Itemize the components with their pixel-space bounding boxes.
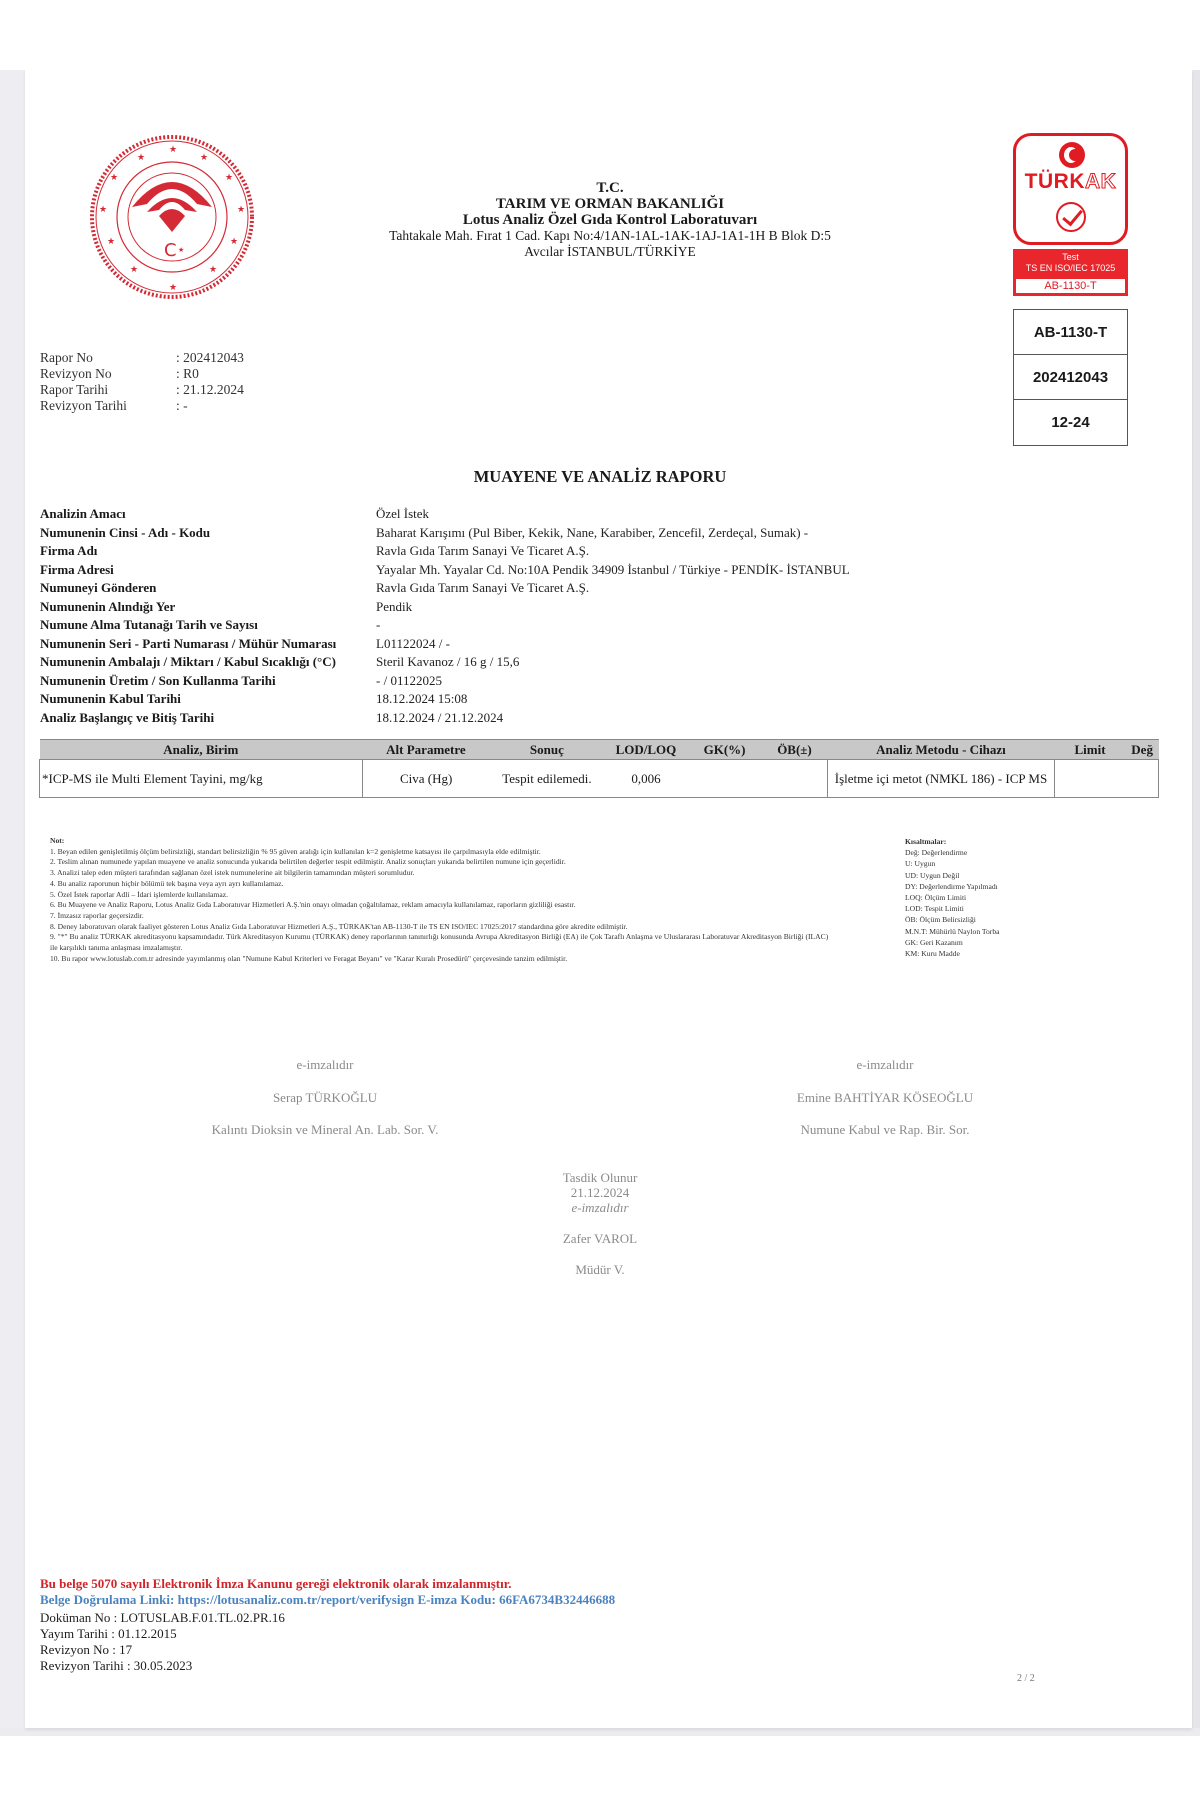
analysis-table: Analiz, BirimAlt ParametreSonuçLOD/LOQGK… <box>39 739 1159 798</box>
info-row: Firma AdresiYayalar Mh. Yayalar Cd. No:1… <box>40 561 850 580</box>
note-item: 5. Özel İstek raporlar Adli – İdari işle… <box>50 890 830 901</box>
ministry-seal-icon: ★★★ ★★★ ★★★ ★★★ C ★ <box>85 132 260 302</box>
info-label: Numuneyi Gönderen <box>40 579 376 598</box>
table-cell <box>1054 760 1125 798</box>
abbreviation-item: U: Uygun <box>905 858 1000 869</box>
approver-name: Zafer VAROL <box>500 1231 700 1246</box>
signature-status: e-imzalıdır <box>160 1057 490 1090</box>
column-header: Analiz Metodu - Cihazı <box>828 740 1055 760</box>
checkmark-icon <box>1056 202 1086 232</box>
svg-text:★: ★ <box>130 264 138 274</box>
note-item: 8. Deney laboratuvarı olarak faaliyet gö… <box>50 922 830 933</box>
table-header-row: Analiz, BirimAlt ParametreSonuçLOD/LOQGK… <box>40 740 1159 760</box>
abbreviation-item: M.N.T: Mühürlü Naylon Torba <box>905 926 1000 937</box>
sample-info: Analizin AmacıÖzel İstekNumunenin Cinsi … <box>40 505 850 727</box>
approval-date: 21.12.2024 <box>500 1185 700 1200</box>
revision-number: Revizyon No : 17 <box>40 1642 615 1658</box>
table-cell <box>1126 760 1159 798</box>
table-cell: 0,006 <box>604 760 688 798</box>
info-row: Numunenin Ambalajı / Miktarı / Kabul Sıc… <box>40 653 850 672</box>
meta-row: Revizyon Tarihi: - <box>40 398 244 414</box>
column-header: GK(%) <box>688 740 762 760</box>
info-value: Pendik <box>376 598 412 617</box>
svg-text:★: ★ <box>169 282 177 292</box>
notes-title: Not: <box>50 836 830 847</box>
column-header: Limit <box>1054 740 1125 760</box>
tc-heading: T.C. <box>370 180 850 196</box>
abbreviation-item: GK: Geri Kazanım <box>905 937 1000 948</box>
info-row: Numunenin Seri - Parti Numarası / Mühür … <box>40 635 850 654</box>
info-label: Numunenin Kabul Tarihi <box>40 690 376 709</box>
info-label: Analizin Amacı <box>40 505 376 524</box>
approver-role: Müdür V. <box>500 1262 700 1277</box>
lab-name: Lotus Analiz Özel Gıda Kontrol Laboratuv… <box>370 212 850 228</box>
info-label: Firma Adı <box>40 542 376 561</box>
info-row: Numunenin Alındığı YerPendik <box>40 598 850 617</box>
abbreviation-item: DY: Değerlendirme Yapılmadı <box>905 881 1000 892</box>
svg-text:★: ★ <box>200 152 208 162</box>
info-label: Analiz Başlangıç ve Bitiş Tarihi <box>40 709 376 728</box>
column-header: Değ <box>1126 740 1159 760</box>
info-value: 18.12.2024 / 21.12.2024 <box>376 709 503 728</box>
signature-left: e-imzalıdır Serap TÜRKOĞLU Kalıntı Dioks… <box>160 1057 490 1155</box>
info-value: 18.12.2024 15:08 <box>376 690 467 709</box>
signatory-role: Kalıntı Dioksin ve Mineral An. Lab. Sor.… <box>160 1122 490 1155</box>
note-item: 1. Beyan edilen genişletilmiş ölçüm beli… <box>50 847 830 858</box>
info-value: Steril Kavanoz / 16 g / 15,6 <box>376 653 519 672</box>
abbreviations: Kısaltmalar: Değ: DeğerlendirmeU: UygunU… <box>905 836 1000 959</box>
svg-text:★: ★ <box>237 204 245 214</box>
note-item: 3. Analizi talep eden müşteri tarafından… <box>50 868 830 879</box>
svg-text:★: ★ <box>110 172 118 182</box>
turkak-logo: TÜRKAK <box>1013 133 1128 245</box>
report-code-box: AB-1130-T 202412043 12-24 <box>1013 309 1128 446</box>
code-box-period: 12-24 <box>1014 400 1127 445</box>
svg-text:★: ★ <box>178 246 184 254</box>
info-row: Numunenin Kabul Tarihi18.12.2024 15:08 <box>40 690 850 709</box>
abbreviation-item: Değ: Değerlendirme <box>905 847 1000 858</box>
column-header: Sonuç <box>490 740 604 760</box>
signatory-name: Serap TÜRKOĞLU <box>160 1090 490 1123</box>
approval-label: Tasdik Olunur <box>500 1170 700 1185</box>
svg-text:C: C <box>164 240 177 261</box>
table-cell <box>761 760 827 798</box>
info-row: Analizin AmacıÖzel İstek <box>40 505 850 524</box>
svg-text:★: ★ <box>225 172 233 182</box>
svg-text:★: ★ <box>230 236 238 246</box>
meta-row: Revizyon No: R0 <box>40 366 244 382</box>
lab-address-line1: Tahtakale Mah. Fırat 1 Cad. Kapı No:4/1A… <box>370 228 850 244</box>
crescent-star-icon <box>1059 142 1085 168</box>
abbreviation-item: KM: Kuru Madde <box>905 948 1000 959</box>
info-row: Numuneyi GönderenRavla Gıda Tarım Sanayi… <box>40 579 850 598</box>
abbreviation-item: LOD: Tespit Limiti <box>905 903 1000 914</box>
table-cell: İşletme içi metot (NMKL 186) - ICP MS <box>828 760 1055 798</box>
note-item: 10. Bu rapor www.lotuslab.com.tr adresin… <box>50 954 830 965</box>
svg-text:★: ★ <box>169 144 177 154</box>
revision-date: Revizyon Tarihi : 30.05.2023 <box>40 1658 615 1674</box>
viewer-frame-bottom <box>0 1728 1200 1736</box>
table-cell <box>688 760 762 798</box>
info-label: Numune Alma Tutanağı Tarih ve Sayısı <box>40 616 376 635</box>
meta-row: Rapor No: 202412043 <box>40 350 244 366</box>
info-value: - <box>376 616 380 635</box>
accreditation-code: AB-1130-T <box>1016 279 1125 293</box>
accreditation-badge: Test TS EN ISO/IEC 17025 AB-1130-T <box>1013 249 1128 296</box>
svg-text:★: ★ <box>99 204 107 214</box>
info-label: Numunenin Cinsi - Adı - Kodu <box>40 524 376 543</box>
note-item: 9. "*" Bu analiz TÜRKAK akreditasyonu ka… <box>50 932 830 953</box>
info-value: L01122024 / - <box>376 635 450 654</box>
note-item: 7. İmzasız raporlar geçersizdir. <box>50 911 830 922</box>
signatory-name: Emine BAHTİYAR KÖSEOĞLU <box>720 1090 1050 1123</box>
notes: Not: 1. Beyan edilen genişletilmiş ölçüm… <box>50 836 830 964</box>
abbreviation-item: UD: Uygun Değil <box>905 870 1000 881</box>
approval-block: Tasdik Olunur 21.12.2024 e-imzalıdır Zaf… <box>500 1170 700 1277</box>
lab-address-line2: Avcılar İSTANBUL/TÜRKİYE <box>370 244 850 260</box>
document-footer: Bu belge 5070 sayılı Elektronik İmza Kan… <box>40 1576 615 1674</box>
note-item: 6. Bu Muayene ve Analiz Raporu, Lotus An… <box>50 900 830 911</box>
verification-link[interactable]: Belge Doğrulama Linki: https://lotusanal… <box>40 1592 615 1608</box>
approval-status: e-imzalıdır <box>500 1200 700 1215</box>
viewer-frame-left <box>0 70 25 1730</box>
abbreviation-item: LOQ: Ölçüm Limiti <box>905 892 1000 903</box>
info-value: Baharat Karışımı (Pul Biber, Kekik, Nane… <box>376 524 808 543</box>
column-header: LOD/LOQ <box>604 740 688 760</box>
publish-date: Yayım Tarihi : 01.12.2015 <box>40 1626 615 1642</box>
signature-right: e-imzalıdır Emine BAHTİYAR KÖSEOĞLU Numu… <box>720 1057 1050 1155</box>
document-number: Doküman No : LOTUSLAB.F.01.TL.02.PR.16 <box>40 1610 615 1626</box>
info-row: Numunenin Üretim / Son Kullanma Tarihi- … <box>40 672 850 691</box>
turkak-wordmark: TÜRKAK <box>1016 170 1125 194</box>
info-value: Özel İstek <box>376 505 429 524</box>
info-value: Ravla Gıda Tarım Sanayi Ve Ticaret A.Ş. <box>376 579 589 598</box>
svg-text:★: ★ <box>107 236 115 246</box>
abbreviations-title: Kısaltmalar: <box>905 836 1000 847</box>
note-item: 4. Bu analiz raporunun hiçbir bölümü tek… <box>50 879 830 890</box>
info-label: Numunenin Ambalajı / Miktarı / Kabul Sıc… <box>40 653 376 672</box>
table-cell: *ICP-MS ile Multi Element Tayini, mg/kg <box>40 760 363 798</box>
note-item: 2. Teslim alınan numunede yapılan muayen… <box>50 857 830 868</box>
report-meta: Rapor No: 202412043 Revizyon No: R0 Rapo… <box>40 350 244 414</box>
column-header: ÖB(±) <box>761 740 827 760</box>
code-box-accreditation: AB-1130-T <box>1014 310 1127 355</box>
info-row: Firma AdıRavla Gıda Tarım Sanayi Ve Tica… <box>40 542 850 561</box>
info-value: Ravla Gıda Tarım Sanayi Ve Ticaret A.Ş. <box>376 542 589 561</box>
table-cell: Tespit edilemedi. <box>490 760 604 798</box>
column-header: Alt Parametre <box>362 740 490 760</box>
viewer-frame-right <box>1192 70 1200 1730</box>
page-number: 2 / 2 <box>1017 1673 1035 1684</box>
meta-row: Rapor Tarihi: 21.12.2024 <box>40 382 244 398</box>
info-row: Numunenin Cinsi - Adı - KoduBaharat Karı… <box>40 524 850 543</box>
abbreviation-item: ÖB: Ölçüm Belirsizliği <box>905 914 1000 925</box>
info-value: Yayalar Mh. Yayalar Cd. No:10A Pendik 34… <box>376 561 850 580</box>
column-header: Analiz, Birim <box>40 740 363 760</box>
esign-notice: Bu belge 5070 sayılı Elektronik İmza Kan… <box>40 1576 615 1592</box>
ministry-name: TARIM VE ORMAN BAKANLIĞI <box>370 196 850 212</box>
info-value: - / 01122025 <box>376 672 442 691</box>
signatory-role: Numune Kabul ve Rap. Bir. Sor. <box>720 1122 1050 1155</box>
info-row: Numune Alma Tutanağı Tarih ve Sayısı- <box>40 616 850 635</box>
svg-text:★: ★ <box>209 264 217 274</box>
report-title: MUAYENE VE ANALİZ RAPORU <box>0 467 1200 487</box>
signature-status: e-imzalıdır <box>720 1057 1050 1090</box>
info-label: Numunenin Seri - Parti Numarası / Mühür … <box>40 635 376 654</box>
svg-text:★: ★ <box>137 152 145 162</box>
info-label: Numunenin Üretim / Son Kullanma Tarihi <box>40 672 376 691</box>
table-row: *ICP-MS ile Multi Element Tayini, mg/kgC… <box>40 760 1159 798</box>
table-cell: Civa (Hg) <box>362 760 490 798</box>
info-label: Firma Adresi <box>40 561 376 580</box>
code-box-report-no: 202412043 <box>1014 355 1127 400</box>
info-label: Numunenin Alındığı Yer <box>40 598 376 617</box>
info-row: Analiz Başlangıç ve Bitiş Tarihi18.12.20… <box>40 709 850 728</box>
letterhead: T.C. TARIM VE ORMAN BAKANLIĞI Lotus Anal… <box>370 180 850 260</box>
